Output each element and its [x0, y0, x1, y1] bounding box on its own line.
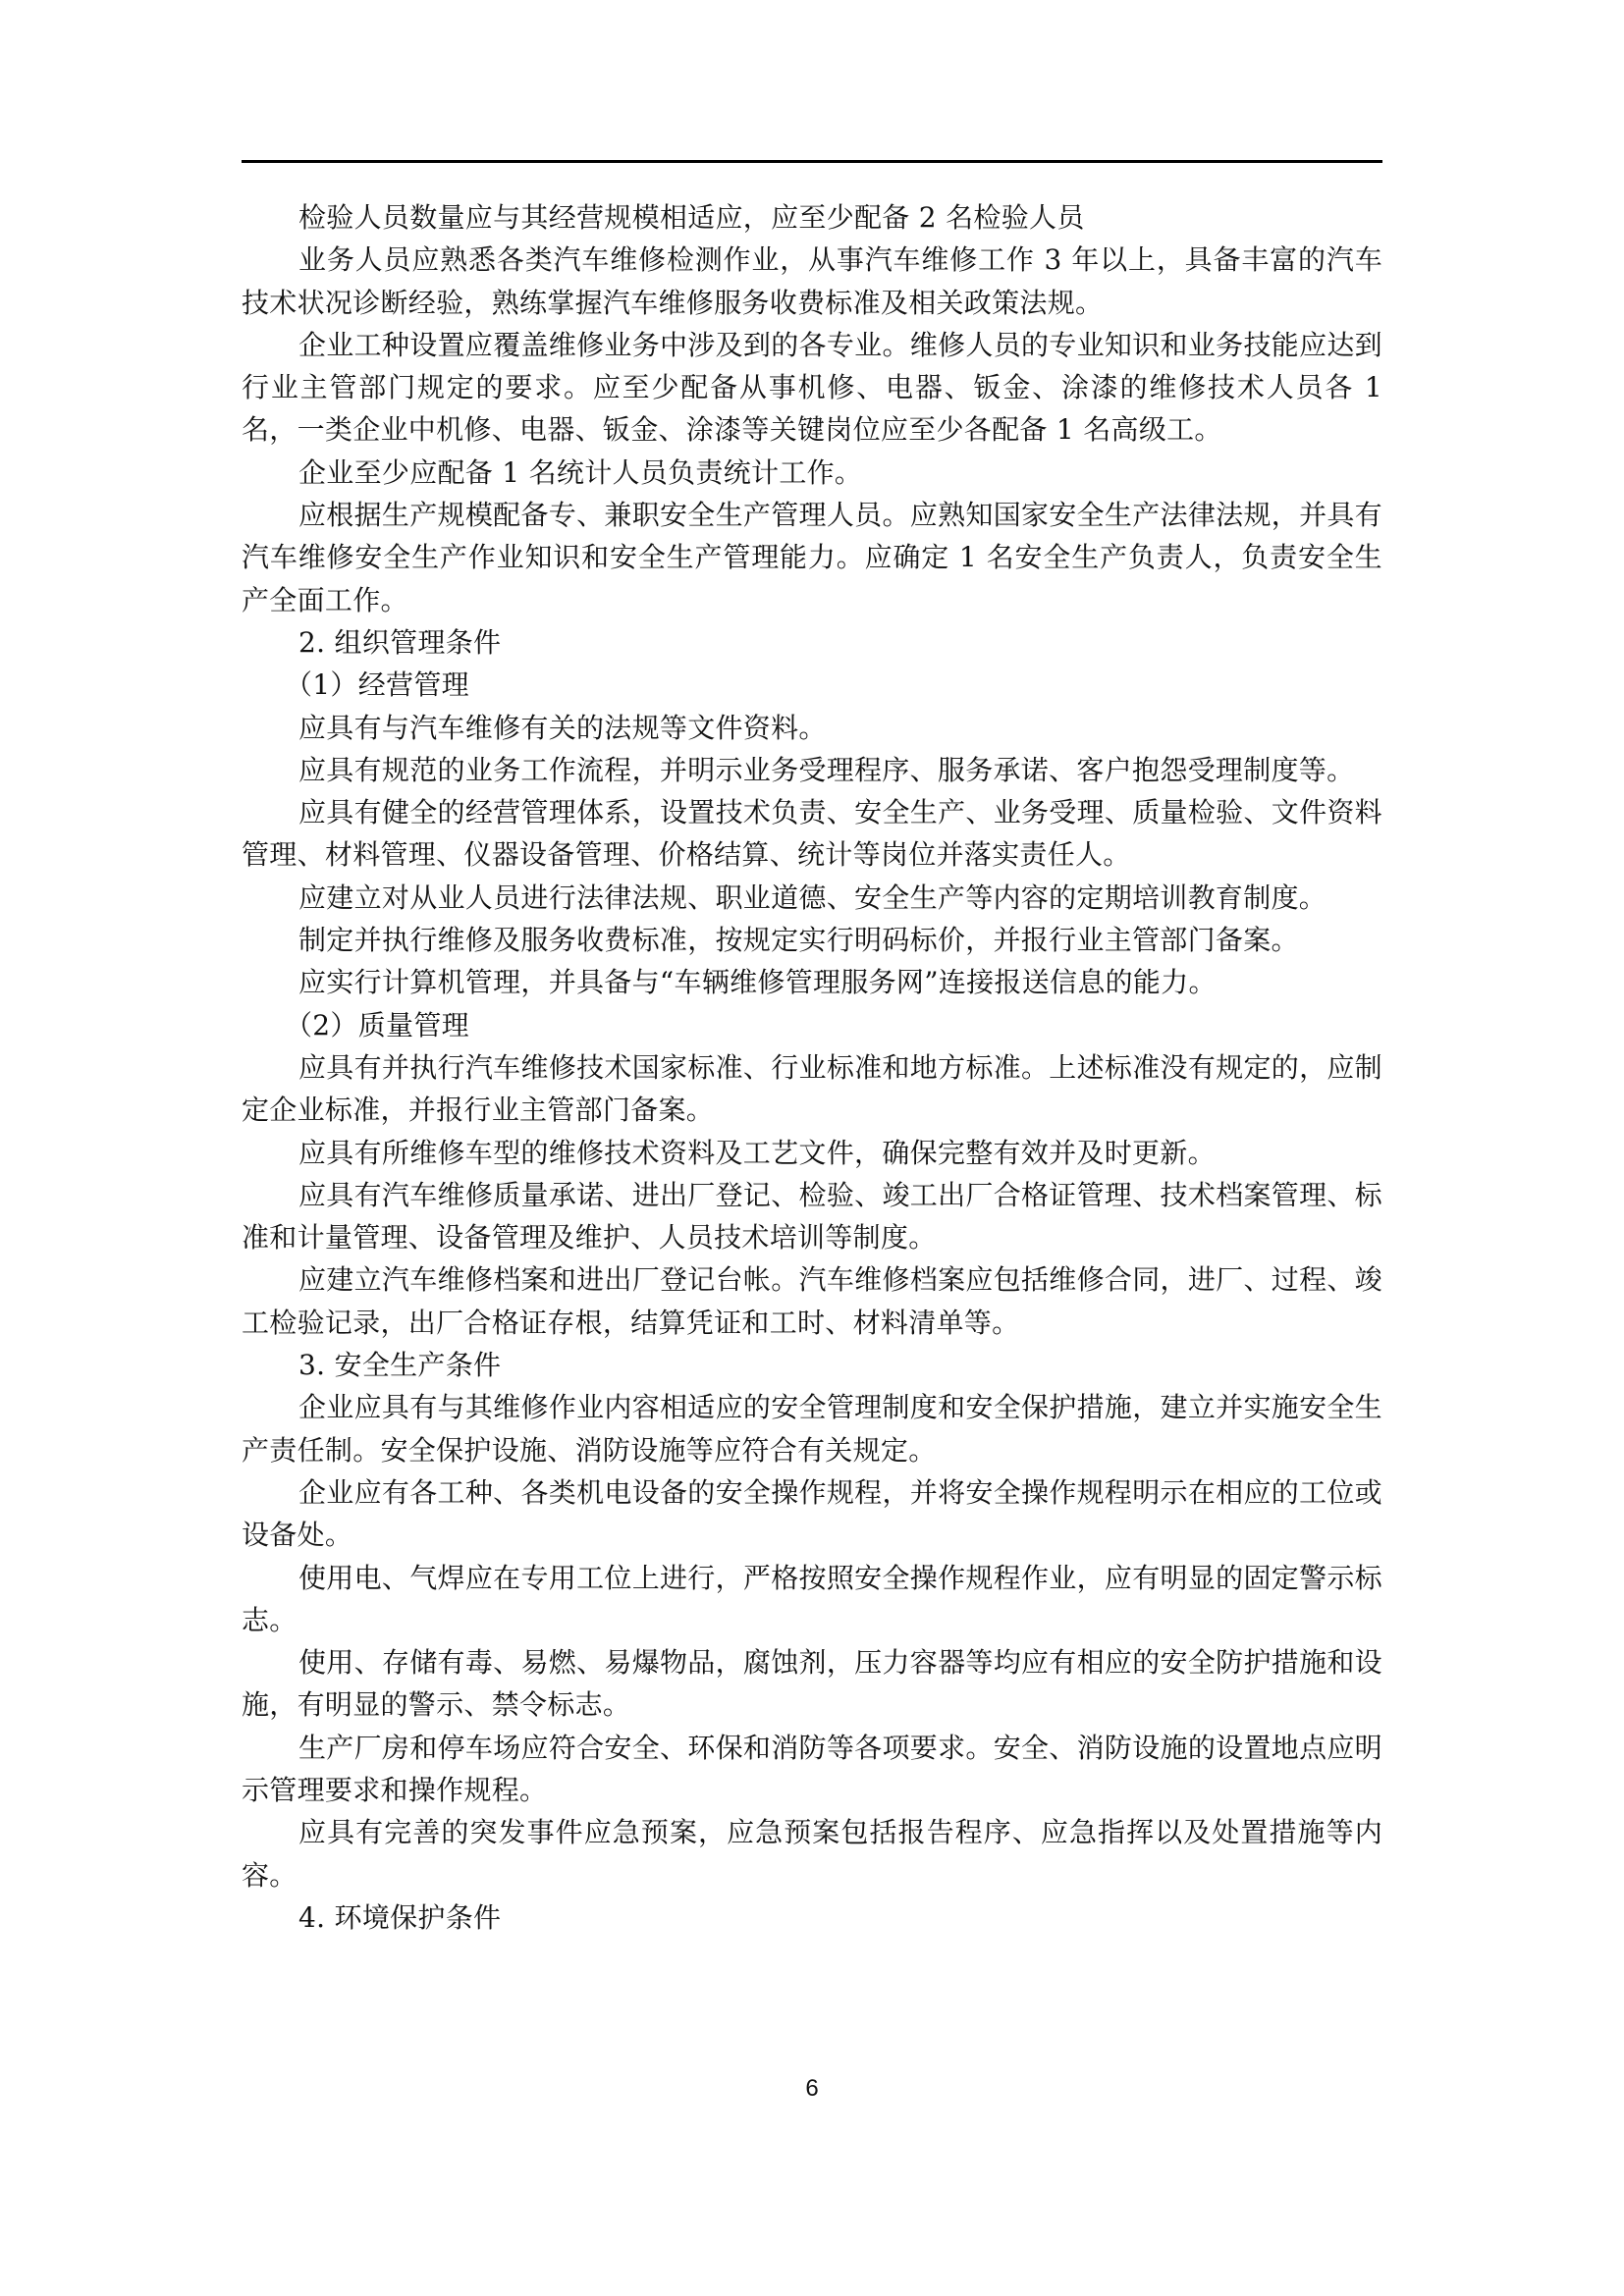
paragraph-statistician: 企业至少应配备 1 名统计人员负责统计工作。 [242, 452, 1382, 494]
paragraph-welding: 使用电、气焊应在专用工位上进行，严格按照安全操作规程作业，应有明显的固定警示标志… [242, 1557, 1382, 1642]
paragraph-computer-management: 应实行计算机管理，并具备与“车辆维修管理服务网”连接报送信息的能力。 [242, 961, 1382, 1003]
paragraph-workflow: 应具有规范的业务工作流程，并明示业务受理程序、服务承诺、客户抱怨受理制度等。 [242, 749, 1382, 791]
header-rule [242, 160, 1382, 163]
page-number: 6 [0, 2075, 1624, 2103]
section-heading-organization: 2. 组织管理条件 [242, 621, 1382, 664]
paragraph-standards: 应具有并执行汽车维修技术国家标准、行业标准和地方标准。上述标准没有规定的，应制定… [242, 1046, 1382, 1132]
paragraph-management-system: 应具有健全的经营管理体系，设置技术负责、安全生产、业务受理、质量检验、文件资料管… [242, 791, 1382, 877]
paragraph-pricing: 制定并执行维修及服务收费标准，按规定实行明码标价，并报行业主管部门备案。 [242, 919, 1382, 961]
paragraph-training: 应建立对从业人员进行法律法规、职业道德、安全生产等内容的定期培训教育制度。 [242, 877, 1382, 919]
paragraph-inspector-count: 检验人员数量应与其经营规模相适应，应至少配备 2 名检验人员 [242, 196, 1382, 239]
paragraph-business-staff: 业务人员应熟悉各类汽车维修检测作业，从事汽车维修工作 3 年以上，具备丰富的汽车… [242, 239, 1382, 324]
paragraph-trade-setup: 企业工种设置应覆盖维修业务中涉及到的各专业。维修人员的专业知识和业务技能应达到行… [242, 324, 1382, 452]
paragraph-repair-records: 应建立汽车维修档案和进出厂登记台帐。汽车维修档案应包括维修合同，进厂、过程、竣工… [242, 1258, 1382, 1344]
document-body: 检验人员数量应与其经营规模相适应，应至少配备 2 名检验人员 业务人员应熟悉各类… [242, 196, 1382, 1939]
paragraph-quality-systems: 应具有汽车维修质量承诺、进出厂登记、检验、竣工出厂合格证管理、技术档案管理、标准… [242, 1174, 1382, 1259]
paragraph-operating-procedures: 企业应有各工种、各类机电设备的安全操作规程，并将安全操作规程明示在相应的工位或设… [242, 1471, 1382, 1557]
subheading-business-management: （1）经营管理 [242, 664, 1382, 706]
paragraph-regulation-docs: 应具有与汽车维修有关的法规等文件资料。 [242, 707, 1382, 749]
paragraph-technical-docs: 应具有所维修车型的维修技术资料及工艺文件，确保完整有效并及时更新。 [242, 1132, 1382, 1174]
paragraph-hazardous-materials: 使用、存储有毒、易燃、易爆物品，腐蚀剂，压力容器等均应有相应的安全防护措施和设施… [242, 1641, 1382, 1727]
paragraph-emergency-plan: 应具有完善的突发事件应急预案，应急预案包括报告程序、应急指挥以及处置措施等内容。 [242, 1811, 1382, 1896]
section-heading-environment: 4. 环境保护条件 [242, 1896, 1382, 1939]
paragraph-safety-staff: 应根据生产规模配备专、兼职安全生产管理人员。应熟知国家安全生产法律法规，并具有汽… [242, 494, 1382, 621]
paragraph-facilities: 生产厂房和停车场应符合安全、环保和消防等各项要求。安全、消防设施的设置地点应明示… [242, 1727, 1382, 1812]
subheading-quality-management: （2）质量管理 [242, 1004, 1382, 1046]
section-heading-safety: 3. 安全生产条件 [242, 1344, 1382, 1386]
paragraph-safety-system: 企业应具有与其维修作业内容相适应的安全管理制度和安全保护措施，建立并实施安全生产… [242, 1386, 1382, 1471]
